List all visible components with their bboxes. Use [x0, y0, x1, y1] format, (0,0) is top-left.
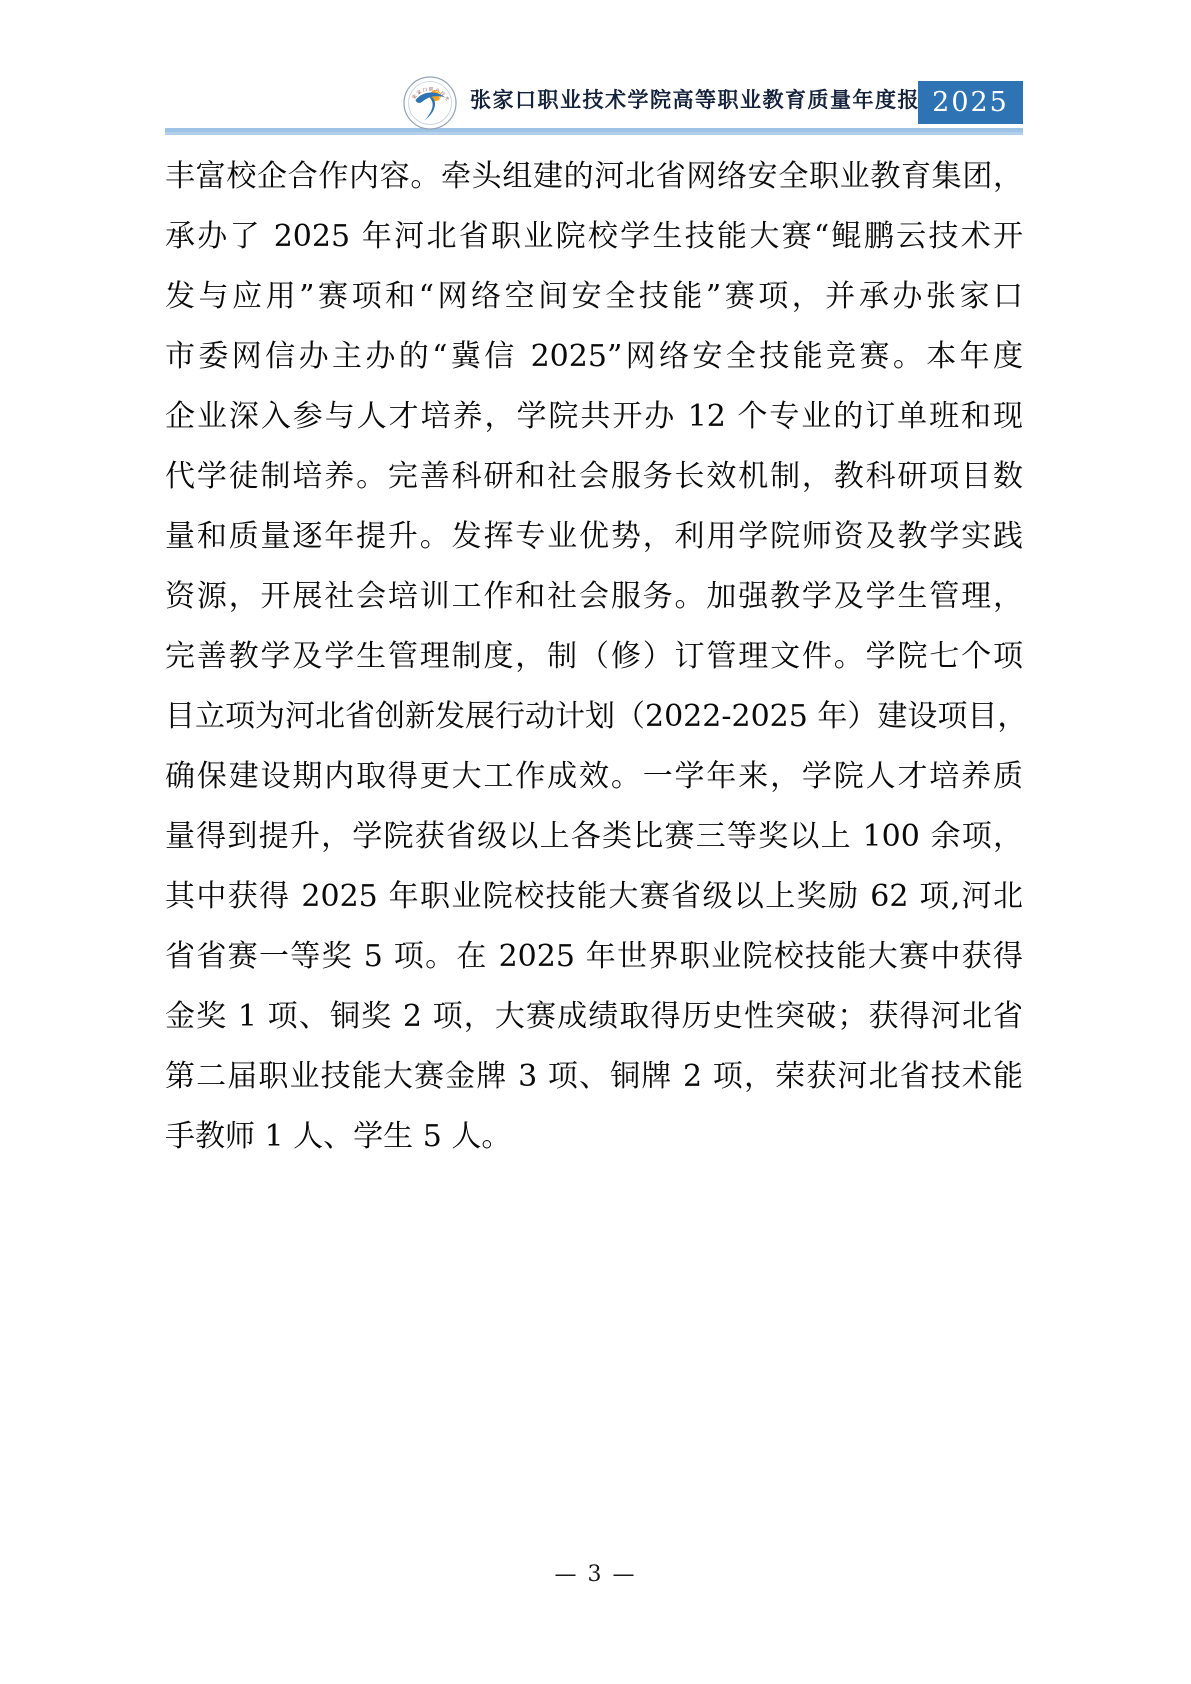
body-line: 目立项为河北省创新发展行动计划（2022-2025 年）建设项目，	[165, 687, 1023, 747]
body-line: 代学徒制培养。完善科研和社会服务长效机制，教科研项目数	[165, 447, 1023, 507]
body-line: 手教师 1 人、学生 5 人。	[165, 1107, 1023, 1167]
header-divider-rule	[165, 128, 1023, 135]
body-line: 丰富校企合作内容。牵头组建的河北省网络安全职业教育集团，	[165, 147, 1023, 207]
body-line: 量得到提升，学院获省级以上各类比赛三等奖以上 100 余项，	[165, 807, 1023, 867]
report-page: 张家口职业技术学院 张家口职业技术学院高等职业教育质量年度报告 2025 丰富校…	[0, 0, 1191, 1684]
body-line: 市委网信办主办的“冀信 2025”网络安全技能竞赛。本年度	[165, 327, 1023, 387]
body-line: 金奖 1 项、铜奖 2 项，大赛成绩取得历史性突破；获得河北省	[165, 987, 1023, 1047]
body-line: 完善教学及学生管理制度，制（修）订管理文件。学院七个项	[165, 627, 1023, 687]
body-line: 其中获得 2025 年职业院校技能大赛省级以上奖励 62 项,河北	[165, 867, 1023, 927]
page-number: — 3 —	[0, 1562, 1191, 1587]
body-line: 省省赛一等奖 5 项。在 2025 年世界职业院校技能大赛中获得	[165, 927, 1023, 987]
body-line: 承办了 2025 年河北省职业院校学生技能大赛“鲲鹏云技术开	[165, 207, 1023, 267]
year-badge: 2025	[918, 81, 1023, 124]
body-line: 确保建设期内取得更大工作成效。一学年来，学院人才培养质	[165, 747, 1023, 807]
body-line: 发与应用”赛项和“网络空间安全技能”赛项，并承办张家口	[165, 267, 1023, 327]
page-header: 张家口职业技术学院 张家口职业技术学院高等职业教育质量年度报告 2025	[0, 0, 1191, 145]
body-line: 资源，开展社会培训工作和社会服务。加强教学及学生管理，	[165, 567, 1023, 627]
college-emblem-graphic: 张家口职业技术学院	[403, 76, 457, 130]
report-body-paragraph: 丰富校企合作内容。牵头组建的河北省网络安全职业教育集团， 承办了 2025 年河…	[165, 147, 1023, 1167]
body-line: 企业深入参与人才培养，学院共开办 12 个专业的订单班和现	[165, 387, 1023, 447]
report-title: 张家口职业技术学院高等职业教育质量年度报告	[470, 84, 915, 114]
college-logo-icon: 张家口职业技术学院	[403, 76, 457, 130]
body-line: 量和质量逐年提升。发挥专业优势，利用学院师资及教学实践	[165, 507, 1023, 567]
body-line: 第二届职业技能大赛金牌 3 项、铜牌 2 项，荣获河北省技术能	[165, 1047, 1023, 1107]
